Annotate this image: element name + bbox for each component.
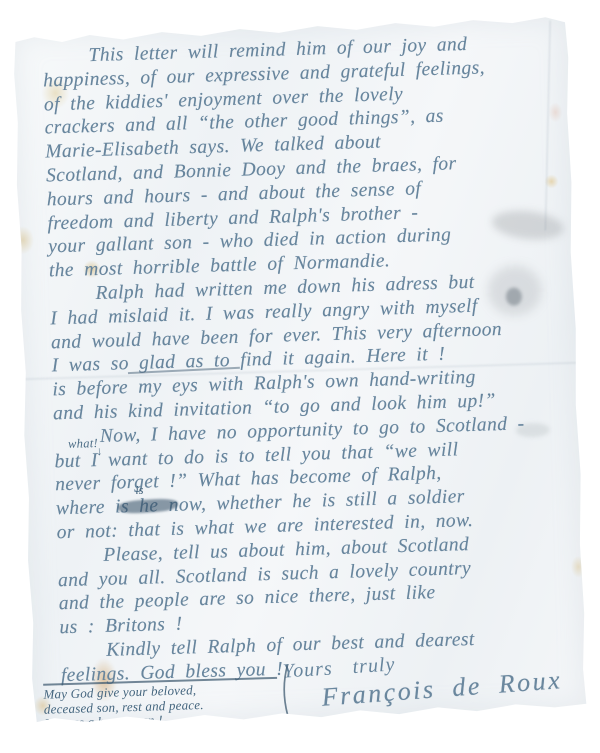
letter-body: This letter will remind him of our joy a…: [42, 30, 577, 688]
postscript-note: May God give your beloved, deceased son,…: [43, 677, 278, 731]
scanned-letter-page: This letter will remind him of our joy a…: [0, 0, 600, 753]
interlinear-correction: is: [135, 483, 143, 498]
letter-paper: This letter will remind him of our joy a…: [12, 16, 588, 727]
interlinear-insertion: what!: [68, 436, 98, 452]
stain-yellow-left-edge: [12, 226, 35, 255]
insertion-caret-icon: ↓: [96, 444, 102, 459]
postscript-divider-stroke: [277, 662, 295, 726]
